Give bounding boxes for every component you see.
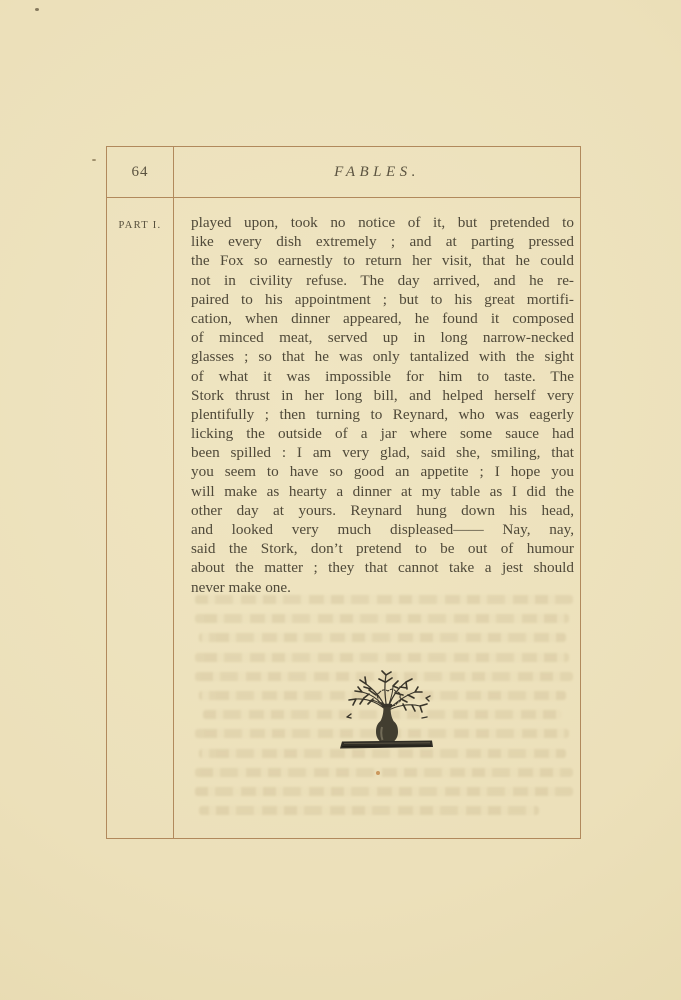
text-line: of minced meat, served up in long narrow… (191, 328, 574, 347)
text-line: you seem to have so good an appetite ; I… (191, 462, 574, 481)
bleedthrough-line (195, 653, 569, 662)
text-line: not in civility refuse. The day arrived,… (191, 271, 574, 290)
part-label: PART I. (107, 220, 173, 231)
text-line: been spilled : I am very glad, said she,… (191, 443, 574, 462)
text-line: paired to his appointment ; but to his g… (191, 290, 574, 309)
bleedthrough-line (195, 614, 569, 623)
text-line: about the matter ; they that cannot take… (191, 558, 574, 577)
paper-speck (92, 159, 96, 161)
header-divider-rule (107, 197, 580, 198)
text-line: played upon, took no notice of it, but p… (191, 213, 574, 232)
fable-body-text: played upon, took no notice of it, but p… (191, 213, 574, 597)
flower-vase-icon (333, 665, 437, 765)
bleedthrough-line (195, 768, 573, 777)
bleedthrough-line (195, 787, 573, 796)
running-title: FABLES. (174, 147, 580, 197)
text-line: licking the outside of a jar where some … (191, 424, 574, 443)
paper-speck (35, 8, 39, 11)
bleedthrough-line (199, 633, 566, 642)
text-line: the Fox so earnestly to return her visit… (191, 251, 574, 270)
text-line: glasses ; so that he was only tantalized… (191, 347, 574, 366)
text-line: will make as hearty a dinner at my table… (191, 482, 574, 501)
scanned-book-page: 64 FABLES. PART I. played upon, took no … (0, 0, 681, 1000)
text-line: Stork thrust in her long bill, and helpe… (191, 386, 574, 405)
margin-divider-rule (173, 147, 174, 838)
text-line: plentifully ; then turning to Reynard, w… (191, 405, 574, 424)
text-line: like every dish extremely ; and at parti… (191, 232, 574, 251)
text-line: and looked very much displeased—— Nay, n… (191, 520, 574, 539)
text-line: never make one. (191, 578, 574, 597)
text-line: said the Stork, don’t pretend to be out … (191, 539, 574, 558)
text-line: of what it was impossible for him to tas… (191, 367, 574, 386)
page-number: 64 (107, 147, 173, 197)
text-line: other day at yours. Reynard hung down hi… (191, 501, 574, 520)
paper-speck (376, 771, 380, 775)
bleedthrough-line (199, 806, 539, 815)
text-line: cation, when dinner appeared, he found i… (191, 309, 574, 328)
page-border-frame: 64 FABLES. PART I. played upon, took no … (106, 146, 581, 839)
flower-vase-illustration (333, 665, 437, 765)
